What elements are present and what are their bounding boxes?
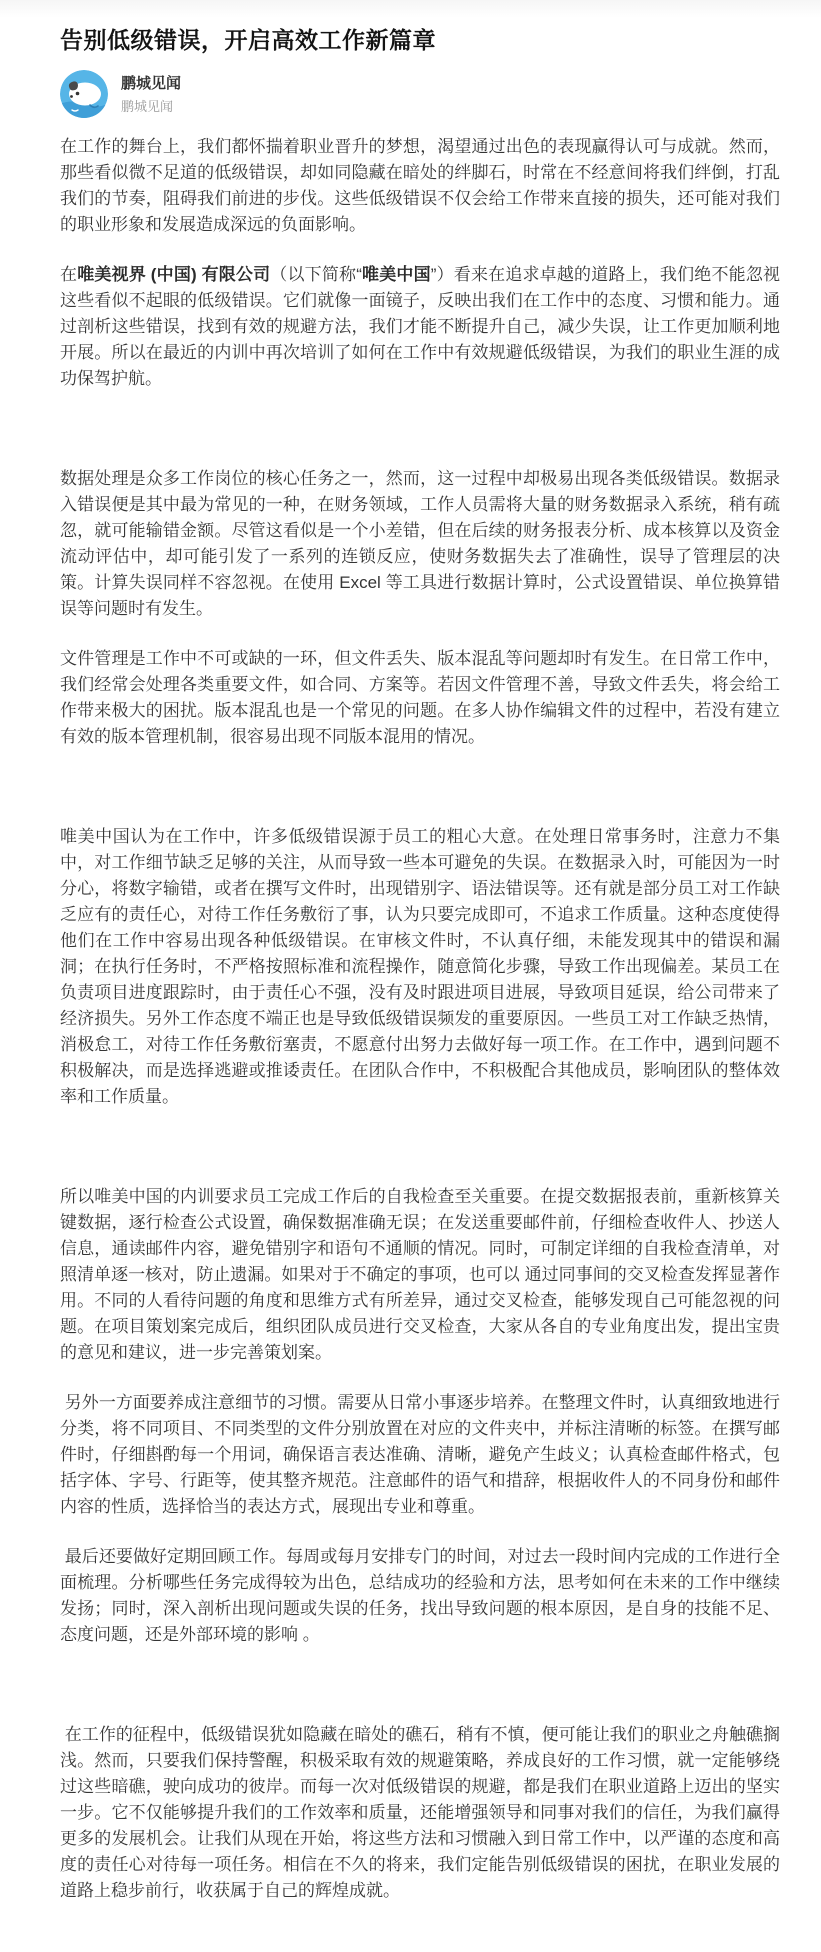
paragraph-text: 最后还要做好定期回顾工作。每周或每月安排专门的时间，对过去一段时间内完成的工作进…	[60, 1547, 780, 1644]
emphasized-text: 唯美中国	[362, 265, 431, 284]
article-paragraph: 唯美中国认为在工作中，许多低级错误源于员工的粗心大意。在处理日常事务时，注意力不…	[60, 824, 780, 1110]
article-paragraph: 所以唯美中国的内训要求员工完成工作后的自我检查至关重要。在提交数据报表前，重新核…	[60, 1184, 780, 1366]
paragraph-text: 在工作的舞台上，我们都怀揣着职业晋升的梦想，渴望通过出色的表现赢得认可与成就。然…	[60, 137, 780, 234]
author-subtitle: 鹏城见闻	[121, 97, 181, 116]
article-body: 在工作的舞台上，我们都怀揣着职业晋升的梦想，渴望通过出色的表现赢得认可与成就。然…	[60, 134, 780, 1904]
article-title: 告别低级错误，开启高效工作新篇章	[60, 24, 780, 56]
article-paragraph: 数据处理是众多工作岗位的核心任务之一，然而，这一过程中却极易出现各类低级错误。数…	[60, 466, 780, 622]
article-paragraph: 在工作的舞台上，我们都怀揣着职业晋升的梦想，渴望通过出色的表现赢得认可与成就。然…	[60, 134, 780, 238]
page-root: 告别低级错误，开启高效工作新篇章 鹏城见闻	[0, 0, 821, 1952]
author-card: 鹏城见闻 鹏城见闻	[60, 70, 780, 118]
paragraph-text: 在工作的征程中，低级错误犹如隐藏在暗处的礁石，稍有不慎，便可能让我们的职业之舟触…	[60, 1725, 780, 1900]
article-blank-line	[60, 1134, 780, 1160]
article: 告别低级错误，开启高效工作新篇章 鹏城见闻	[0, 18, 821, 1952]
paragraph-text: 所以唯美中国的内训要求员工完成工作后的自我检查至关重要。在提交数据报表前，重新核…	[60, 1187, 780, 1362]
article-blank-line	[60, 774, 780, 800]
paragraph-text: 数据处理是众多工作岗位的核心任务之一，然而，这一过程中却极易出现各类低级错误。数…	[60, 469, 780, 618]
author-meta: 鹏城见闻 鹏城见闻	[121, 73, 181, 116]
paragraph-text: 唯美中国认为在工作中，许多低级错误源于员工的粗心大意。在处理日常事务时，注意力不…	[60, 827, 780, 1106]
article-paragraph: 在唯美视界 (中国) 有限公司（以下简称“唯美中国”）看来在追求卓越的道路上，我…	[60, 262, 780, 392]
article-blank-line	[60, 1672, 780, 1698]
paragraph-text: 在	[60, 265, 77, 284]
paragraph-text: 另外一方面要养成注意细节的习惯。需要从日常小事逐步培养。在整理文件时，认真细致地…	[60, 1393, 780, 1516]
dog-mascot-icon	[60, 70, 108, 118]
emphasized-text: 唯美视界 (中国) 有限公司	[77, 265, 270, 284]
article-paragraph: 最后还要做好定期回顾工作。每周或每月安排专门的时间，对过去一段时间内完成的工作进…	[60, 1544, 780, 1648]
author-name[interactable]: 鹏城见闻	[121, 73, 181, 94]
article-blank-line	[60, 416, 780, 442]
article-paragraph: 另外一方面要养成注意细节的习惯。需要从日常小事逐步培养。在整理文件时，认真细致地…	[60, 1390, 780, 1520]
paragraph-text: （以下简称“	[270, 265, 362, 284]
author-avatar[interactable]	[60, 70, 108, 118]
article-paragraph: 在工作的征程中，低级错误犹如隐藏在暗处的礁石，稍有不慎，便可能让我们的职业之舟触…	[60, 1722, 780, 1904]
page-top-fade	[0, 0, 821, 18]
article-paragraph: 文件管理是工作中不可或缺的一环，但文件丢失、版本混乱等问题却时有发生。在日常工作…	[60, 646, 780, 750]
paragraph-text: 文件管理是工作中不可或缺的一环，但文件丢失、版本混乱等问题却时有发生。在日常工作…	[60, 649, 780, 746]
